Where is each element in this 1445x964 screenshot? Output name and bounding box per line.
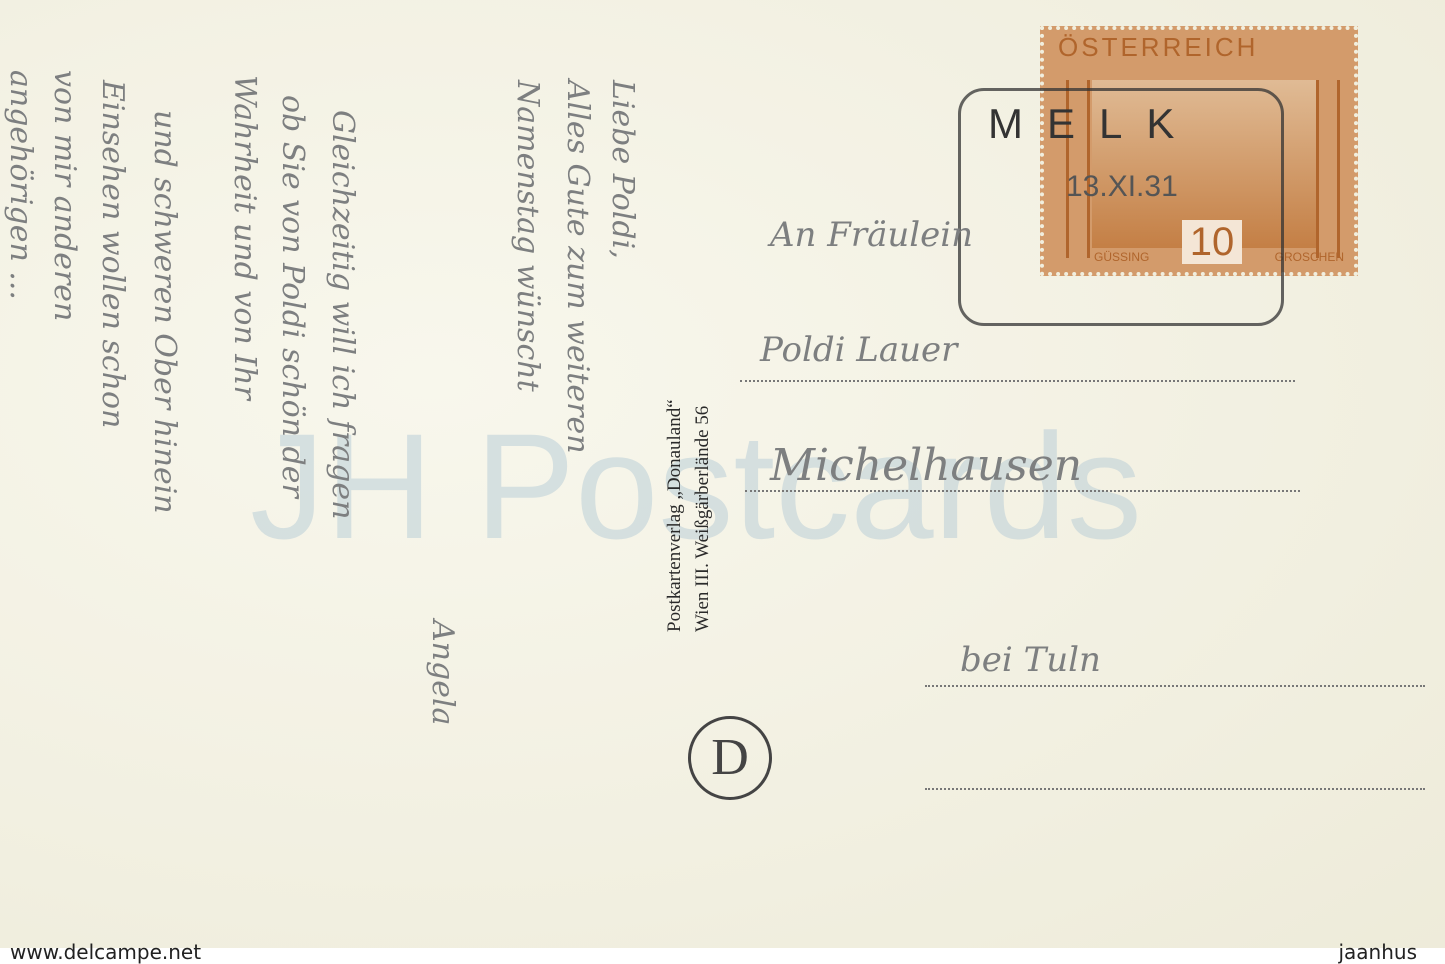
footer-credit: jaanhus: [1338, 940, 1417, 964]
footer-source: www.delcampe.net: [10, 940, 201, 964]
postmark-date: 13.XI.31: [1066, 170, 1178, 204]
message-col-6: ob Sie von Poldi schön der: [275, 95, 310, 498]
message-col-11: angehörigen ...: [3, 70, 38, 300]
publisher-line-2: Wien III. Weißgärberlände 56: [692, 406, 714, 632]
address-region: bei Tuln: [960, 640, 1101, 680]
address-line-1: [740, 380, 1295, 382]
address-town: Michelhausen: [770, 440, 1082, 491]
message-col-3: Namenstag wünscht: [510, 80, 545, 392]
message-col-8: und schweren Ober hinein: [147, 110, 182, 514]
message-col-1: Liebe Poldi,: [605, 80, 640, 259]
message-col-9: Einsehen wollen schon: [95, 80, 130, 428]
address-line-3: [925, 685, 1425, 687]
address-line-4: [925, 788, 1425, 790]
stamp-unit: GROSCHEN: [1275, 250, 1344, 264]
publisher-line-1: Postkartenverlag „Donauland“: [664, 399, 686, 632]
stamp-frame-right: [1316, 80, 1340, 258]
postmark-town: MELK: [988, 100, 1198, 148]
address-salutation: An Fräulein: [770, 215, 973, 255]
message-col-2: Alles Gute zum weiteren: [560, 80, 595, 454]
message-col-4: Angela: [425, 620, 460, 725]
message-col-7: Wahrheit und von Ihr: [227, 75, 262, 400]
postcard-back: JH Postcards ÖSTERREICH GÜSSING 10 GROSC…: [0, 0, 1445, 948]
address-name: Poldi Lauer: [760, 330, 957, 370]
message-col-5: Gleichzeitig will ich fragen: [325, 110, 360, 519]
publisher-logo: D: [688, 716, 772, 800]
message-col-10: von mir anderen: [47, 70, 82, 321]
stamp-country: ÖSTERREICH: [1058, 32, 1344, 63]
